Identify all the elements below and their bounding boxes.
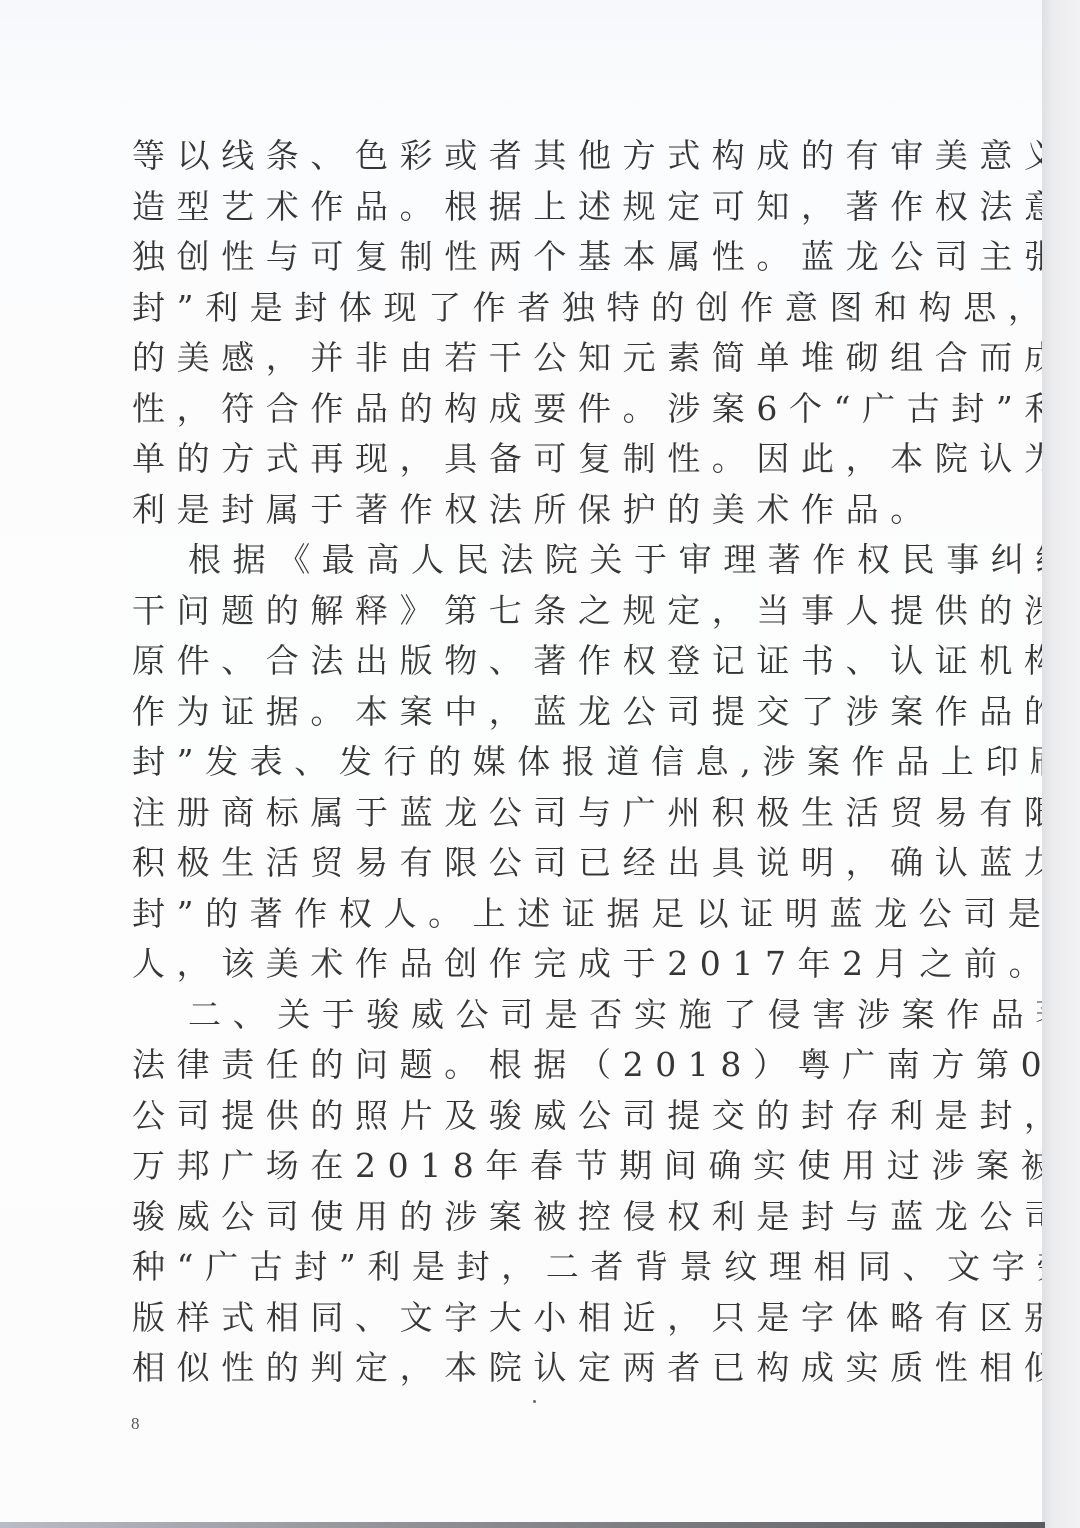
text-line: 版样式相同、文字大小相近，只是字体略有区别，该区别并不影响 xyxy=(132,1293,948,1344)
text-line: 等以线条、色彩或者其他方式构成的有审美意义的平面或者立体的 xyxy=(132,131,948,182)
text-line: 封”发表、发行的媒体报道信息,涉案作品上印刷的第17984841号 xyxy=(132,737,948,788)
text-line: 相似性的判定，本院认定两者已构成实质性相似。综上，本院认为 xyxy=(132,1343,948,1394)
text-line: 二、关于骏威公司是否实施了侵害涉案作品著作权的行为及其 xyxy=(132,990,948,1041)
scan-right-edge xyxy=(1042,0,1080,1528)
scanned-page: 等以线条、色彩或者其他方式构成的有审美意义的平面或者立体的 造型艺术作品。根据上… xyxy=(0,0,1042,1522)
text-line: 积极生活贸易有限公司已经出具说明，确认蓝龙公司为涉案“广古 xyxy=(132,838,948,889)
text-line: 单的方式再现，具备可复制性。因此，本院认为涉案6个“广古封” xyxy=(132,434,948,485)
text-line: 法律责任的问题。根据（2018）粤广南方第010195号公证书、蓝龙 xyxy=(132,1040,948,1091)
text-line: 原件、合法出版物、著作权登记证书、认证机构出具的证明等可以 xyxy=(132,636,948,687)
text-line: 万邦广场在2018年春节期间确实使用过涉案被控侵权利是封，对比 xyxy=(132,1141,948,1192)
text-line: 公司提供的照片及骏威公司提交的封存利是封，骏威公司下属骏壹 xyxy=(132,1091,948,1142)
text-line: 性，符合作品的构成要件。涉案6个“广古封”利是封可以通过简 xyxy=(132,384,948,435)
text-line: 人，该美术作品创作完成于2017年2月之前。 xyxy=(132,939,948,990)
text-line: 注册商标属于蓝龙公司与广州积极生活贸易有限公司共有，且广州 xyxy=(132,788,948,839)
scan-bottom-edge xyxy=(0,1522,1045,1528)
text-line: 造型艺术作品。根据上述规定可知，著作权法意义上的作品需具备 xyxy=(132,182,948,233)
text-line: 干问题的解释》第七条之规定，当事人提供的涉及著作权的底稿、 xyxy=(132,586,948,637)
paragraph-evidence-of-ownership: 根据《最高人民法院关于审理著作权民事纠纷案件适用法律若 干问题的解释》第七条之规… xyxy=(132,535,948,990)
scan-speck xyxy=(533,1400,536,1403)
text-line: 封”利是封体现了作者独特的创作意图和构思，图案整体具有一定 xyxy=(132,283,948,334)
text-line: 利是封属于著作权法所保护的美术作品。 xyxy=(132,485,948,536)
text-line: 种“广古封”利是封，二者背景纹理相同、文字旁的图案相同、排 xyxy=(132,1242,948,1293)
text-line: 骏威公司使用的涉案被控侵权利是封与蓝龙公司设计发行的涉案6 xyxy=(132,1192,948,1243)
text-line: 封”的著作权人。上述证据足以证明蓝龙公司是涉案作品的著作权 xyxy=(132,889,948,940)
text-line: 独创性与可复制性两个基本属性。蓝龙公司主张的涉案6个“广古 xyxy=(132,232,948,283)
text-line: 作为证据。本案中，蓝龙公司提交了涉案作品的设计原稿、“广古 xyxy=(132,687,948,738)
judgment-body: 等以线条、色彩或者其他方式构成的有审美意义的平面或者立体的 造型艺术作品。根据上… xyxy=(132,131,948,1394)
paragraph-infringement-analysis: 二、关于骏威公司是否实施了侵害涉案作品著作权的行为及其 法律责任的问题。根据（2… xyxy=(132,990,948,1394)
page-number: 8 xyxy=(131,1414,140,1434)
text-line: 的美感，并非由若干公知元素简单堆砌组合而成，具有一定的独创 xyxy=(132,333,948,384)
paragraph-copyright-work-definition: 等以线条、色彩或者其他方式构成的有审美意义的平面或者立体的 造型艺术作品。根据上… xyxy=(132,131,948,535)
text-line: 根据《最高人民法院关于审理著作权民事纠纷案件适用法律若 xyxy=(132,535,948,586)
